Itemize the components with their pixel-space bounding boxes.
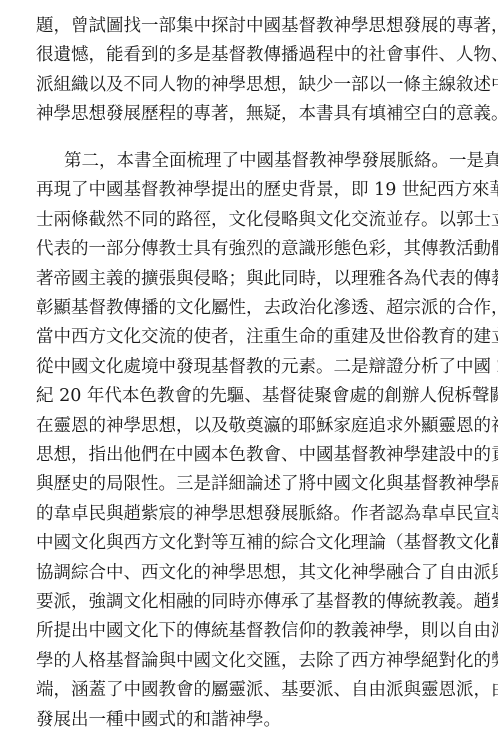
text-line: 當中西方文化交流的使者，注重生命的重建及世俗教育的建立， bbox=[36, 325, 456, 349]
text-line: 與歷史的局限性。三是詳細論述了將中國文化與基督教神學融合 bbox=[36, 472, 456, 496]
text-line: 發展出一種中國式的和諧神學。 bbox=[36, 708, 456, 729]
text-line: 神學思想發展歷程的專著，無疑，本書具有填補空白的意義。 bbox=[36, 102, 456, 126]
text-line: 著帝國主義的擴張與侵略；與此同時，以理雅各為代表的傳教士 bbox=[36, 267, 456, 291]
text-line: 很遺憾，能看到的多是基督教傳播過程中的社會事件、人物、教 bbox=[36, 43, 456, 67]
document-page: 題，曾試圖找一部集中探討中國基督教神學思想發展的專著，但 很遺憾，能看到的多是基… bbox=[0, 0, 498, 729]
text-line: 端，涵蓋了中國教會的屬靈派、基要派、自由派與靈恩派，由此 bbox=[36, 678, 456, 702]
text-line: 派組織以及不同人物的神學思想，缺少一部以一條主線敘述中國 bbox=[36, 73, 456, 97]
text-line: 第二，本書全面梳理了中國基督教神學發展脈絡。一是真實 bbox=[64, 149, 456, 173]
text-line: 思想，指出他們在中國本色教會、中國基督教神學建設中的貢獻 bbox=[36, 443, 456, 467]
text-line: 代表的一部分傳教士具有強烈的意識形態色彩，其傳教活動體現 bbox=[36, 237, 456, 261]
text-line: 在靈恩的神學思想，以及敬奠瀛的耶穌家庭追求外顯靈恩的神學 bbox=[36, 414, 456, 438]
text-line: 題，曾試圖找一部集中探討中國基督教神學思想發展的專著，但 bbox=[36, 14, 456, 38]
text-line: 所提出中國文化下的傳統基督教信仰的教義神學，則以自由派神 bbox=[36, 619, 456, 643]
text-line: 彰顯基督教傳播的文化屬性，去政治化滲透、超宗派的合作，擔 bbox=[36, 296, 456, 320]
text-line: 協調綜合中、西文化的神學思想，其文化神學融合了自由派與基 bbox=[36, 561, 456, 585]
text-line: 從中國文化處境中發現基督教的元素。二是辯證分析了中國 20 世 bbox=[36, 355, 456, 379]
text-line: 要派，強調文化相融的同時亦傳承了基督教的傳統教義。趙紫宸 bbox=[36, 590, 456, 614]
text-line: 中國文化與西方文化對等互補的綜合文化理論（基督教文化觀）， bbox=[36, 531, 456, 555]
text-line: 學的人格基督論與中國文化交匯，去除了西方神學絕對化的弊 bbox=[36, 649, 456, 673]
text-line: 士兩條截然不同的路徑，文化侵略與文化交流並存。以郭士立為 bbox=[36, 208, 456, 232]
text-line: 紀 20 年代本色教會的先驅、基督徒聚會處的創辦人倪柝聲關注內 bbox=[36, 384, 456, 408]
text-line: 再現了中國基督教神學提出的歷史背景，即 19 世紀西方來華傳教 bbox=[36, 178, 456, 202]
text-line: 的韋卓民與趙紫宸的神學思想發展脈絡。作者認為韋卓民宣導的 bbox=[36, 502, 456, 526]
